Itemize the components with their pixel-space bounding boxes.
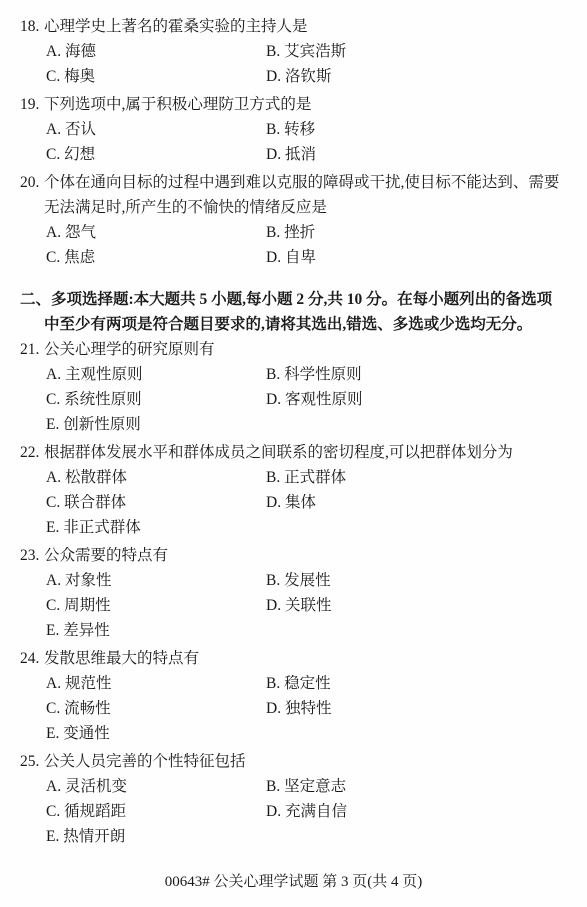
question-number: 24. (20, 646, 39, 671)
question-stem: 24.发散思维最大的特点有 (20, 646, 565, 671)
options-row: C. 周期性 D. 关联性 (20, 593, 565, 618)
question-number: 21. (20, 337, 39, 362)
option-a: A. 主观性原则 (46, 362, 266, 387)
options-row: C. 幻想 D. 抵消 (20, 142, 565, 167)
section-heading: 二、多项选择题:本大题共 5 小题,每小题 2 分,共 10 分。在每小题列出的… (20, 287, 565, 337)
option-c: C. 周期性 (46, 593, 266, 618)
option-b: B. 艾宾浩斯 (266, 39, 565, 64)
options-row: A. 主观性原则 B. 科学性原则 (20, 362, 565, 387)
question-number: 22. (20, 440, 39, 465)
option-b: B. 挫折 (266, 220, 565, 245)
option-d: D. 洛钦斯 (266, 64, 565, 89)
question-25: 25.公关人员完善的个性特征包括 A. 灵活机变 B. 坚定意志 C. 循规蹈距… (20, 749, 565, 849)
option-e: E. 变通性 (46, 721, 266, 746)
question-text: 公关心理学的研究原则有 (44, 341, 215, 358)
option-d: D. 自卑 (266, 245, 565, 270)
question-19: 19.下列选项中,属于积极心理防卫方式的是 A. 否认 B. 转移 C. 幻想 … (20, 92, 565, 167)
question-stem: 25.公关人员完善的个性特征包括 (20, 749, 565, 774)
option-d: D. 集体 (266, 490, 565, 515)
option-e: E. 热情开朗 (46, 824, 266, 849)
option-d: D. 充满自信 (266, 799, 565, 824)
option-a: A. 灵活机变 (46, 774, 266, 799)
question-23: 23.公众需要的特点有 A. 对象性 B. 发展性 C. 周期性 D. 关联性 … (20, 543, 565, 643)
options-row: A. 对象性 B. 发展性 (20, 568, 565, 593)
question-text: 发散思维最大的特点有 (44, 650, 199, 667)
question-number: 18. (20, 14, 39, 39)
option-a: A. 海德 (46, 39, 266, 64)
option-c: C. 流畅性 (46, 696, 266, 721)
option-b: B. 科学性原则 (266, 362, 565, 387)
question-22: 22.根据群体发展水平和群体成员之间联系的密切程度,可以把群体划分为 A. 松散… (20, 440, 565, 540)
option-c: C. 幻想 (46, 142, 266, 167)
options-row: C. 焦虑 D. 自卑 (20, 245, 565, 270)
option-e: E. 差异性 (46, 618, 266, 643)
options-row: C. 流畅性 D. 独特性 (20, 696, 565, 721)
option-c: C. 循规蹈距 (46, 799, 266, 824)
options-row: E. 非正式群体 (20, 515, 565, 540)
exam-page: 18.心理学史上著名的霍桑实验的主持人是 A. 海德 B. 艾宾浩斯 C. 梅奥… (0, 0, 587, 907)
question-text: 公众需要的特点有 (44, 547, 168, 564)
option-e: E. 创新性原则 (46, 412, 266, 437)
question-text: 根据群体发展水平和群体成员之间联系的密切程度,可以把群体划分为 (44, 444, 513, 461)
option-d: D. 独特性 (266, 696, 565, 721)
options-row: C. 联合群体 D. 集体 (20, 490, 565, 515)
option-d: D. 抵消 (266, 142, 565, 167)
option-c: C. 焦虑 (46, 245, 266, 270)
question-number: 19. (20, 92, 39, 117)
option-c: C. 系统性原则 (46, 387, 266, 412)
question-stem: 23.公众需要的特点有 (20, 543, 565, 568)
options-row: A. 否认 B. 转移 (20, 117, 565, 142)
options-row: C. 梅奥 D. 洛钦斯 (20, 64, 565, 89)
option-b: B. 发展性 (266, 568, 565, 593)
option-a: A. 对象性 (46, 568, 266, 593)
question-21: 21.公关心理学的研究原则有 A. 主观性原则 B. 科学性原则 C. 系统性原… (20, 337, 565, 437)
options-row: E. 热情开朗 (20, 824, 565, 849)
question-stem: 22.根据群体发展水平和群体成员之间联系的密切程度,可以把群体划分为 (20, 440, 565, 465)
question-text: 心理学史上著名的霍桑实验的主持人是 (44, 18, 308, 35)
option-b: B. 转移 (266, 117, 565, 142)
options-row: E. 差异性 (20, 618, 565, 643)
option-a: A. 松散群体 (46, 465, 266, 490)
options-row: C. 系统性原则 D. 客观性原则 (20, 387, 565, 412)
question-stem: 21.公关心理学的研究原则有 (20, 337, 565, 362)
question-text: 下列选项中,属于积极心理防卫方式的是 (44, 96, 311, 113)
options-row: A. 灵活机变 B. 坚定意志 (20, 774, 565, 799)
options-row: A. 规范性 B. 稳定性 (20, 671, 565, 696)
options-row: A. 海德 B. 艾宾浩斯 (20, 39, 565, 64)
option-c: C. 联合群体 (46, 490, 266, 515)
option-b: B. 正式群体 (266, 465, 565, 490)
question-20: 20.个体在通向目标的过程中遇到难以克服的障碍或干扰,使目标不能达到、需要无法满… (20, 170, 565, 270)
question-text: 公关人员完善的个性特征包括 (44, 753, 246, 770)
options-row: C. 循规蹈距 D. 充满自信 (20, 799, 565, 824)
question-stem: 19.下列选项中,属于积极心理防卫方式的是 (20, 92, 565, 117)
options-row: A. 松散群体 B. 正式群体 (20, 465, 565, 490)
question-stem: 20.个体在通向目标的过程中遇到难以克服的障碍或干扰,使目标不能达到、需要无法满… (20, 170, 565, 220)
question-stem: 18.心理学史上著名的霍桑实验的主持人是 (20, 14, 565, 39)
question-number: 25. (20, 749, 39, 774)
question-number: 20. (20, 170, 39, 195)
options-row: E. 创新性原则 (20, 412, 565, 437)
option-b: B. 稳定性 (266, 671, 565, 696)
question-number: 23. (20, 543, 39, 568)
question-text: 个体在通向目标的过程中遇到难以克服的障碍或干扰,使目标不能达到、需要无法满足时,… (44, 174, 559, 216)
question-18: 18.心理学史上著名的霍桑实验的主持人是 A. 海德 B. 艾宾浩斯 C. 梅奥… (20, 14, 565, 89)
option-d: D. 客观性原则 (266, 387, 565, 412)
option-c: C. 梅奥 (46, 64, 266, 89)
options-row: E. 变通性 (20, 721, 565, 746)
question-24: 24.发散思维最大的特点有 A. 规范性 B. 稳定性 C. 流畅性 D. 独特… (20, 646, 565, 746)
option-a: A. 否认 (46, 117, 266, 142)
option-b: B. 坚定意志 (266, 774, 565, 799)
option-a: A. 怨气 (46, 220, 266, 245)
option-d: D. 关联性 (266, 593, 565, 618)
option-a: A. 规范性 (46, 671, 266, 696)
option-e: E. 非正式群体 (46, 515, 266, 540)
options-row: A. 怨气 B. 挫折 (20, 220, 565, 245)
page-footer: 00643# 公关心理学试题 第 3 页(共 4 页) (0, 873, 587, 891)
